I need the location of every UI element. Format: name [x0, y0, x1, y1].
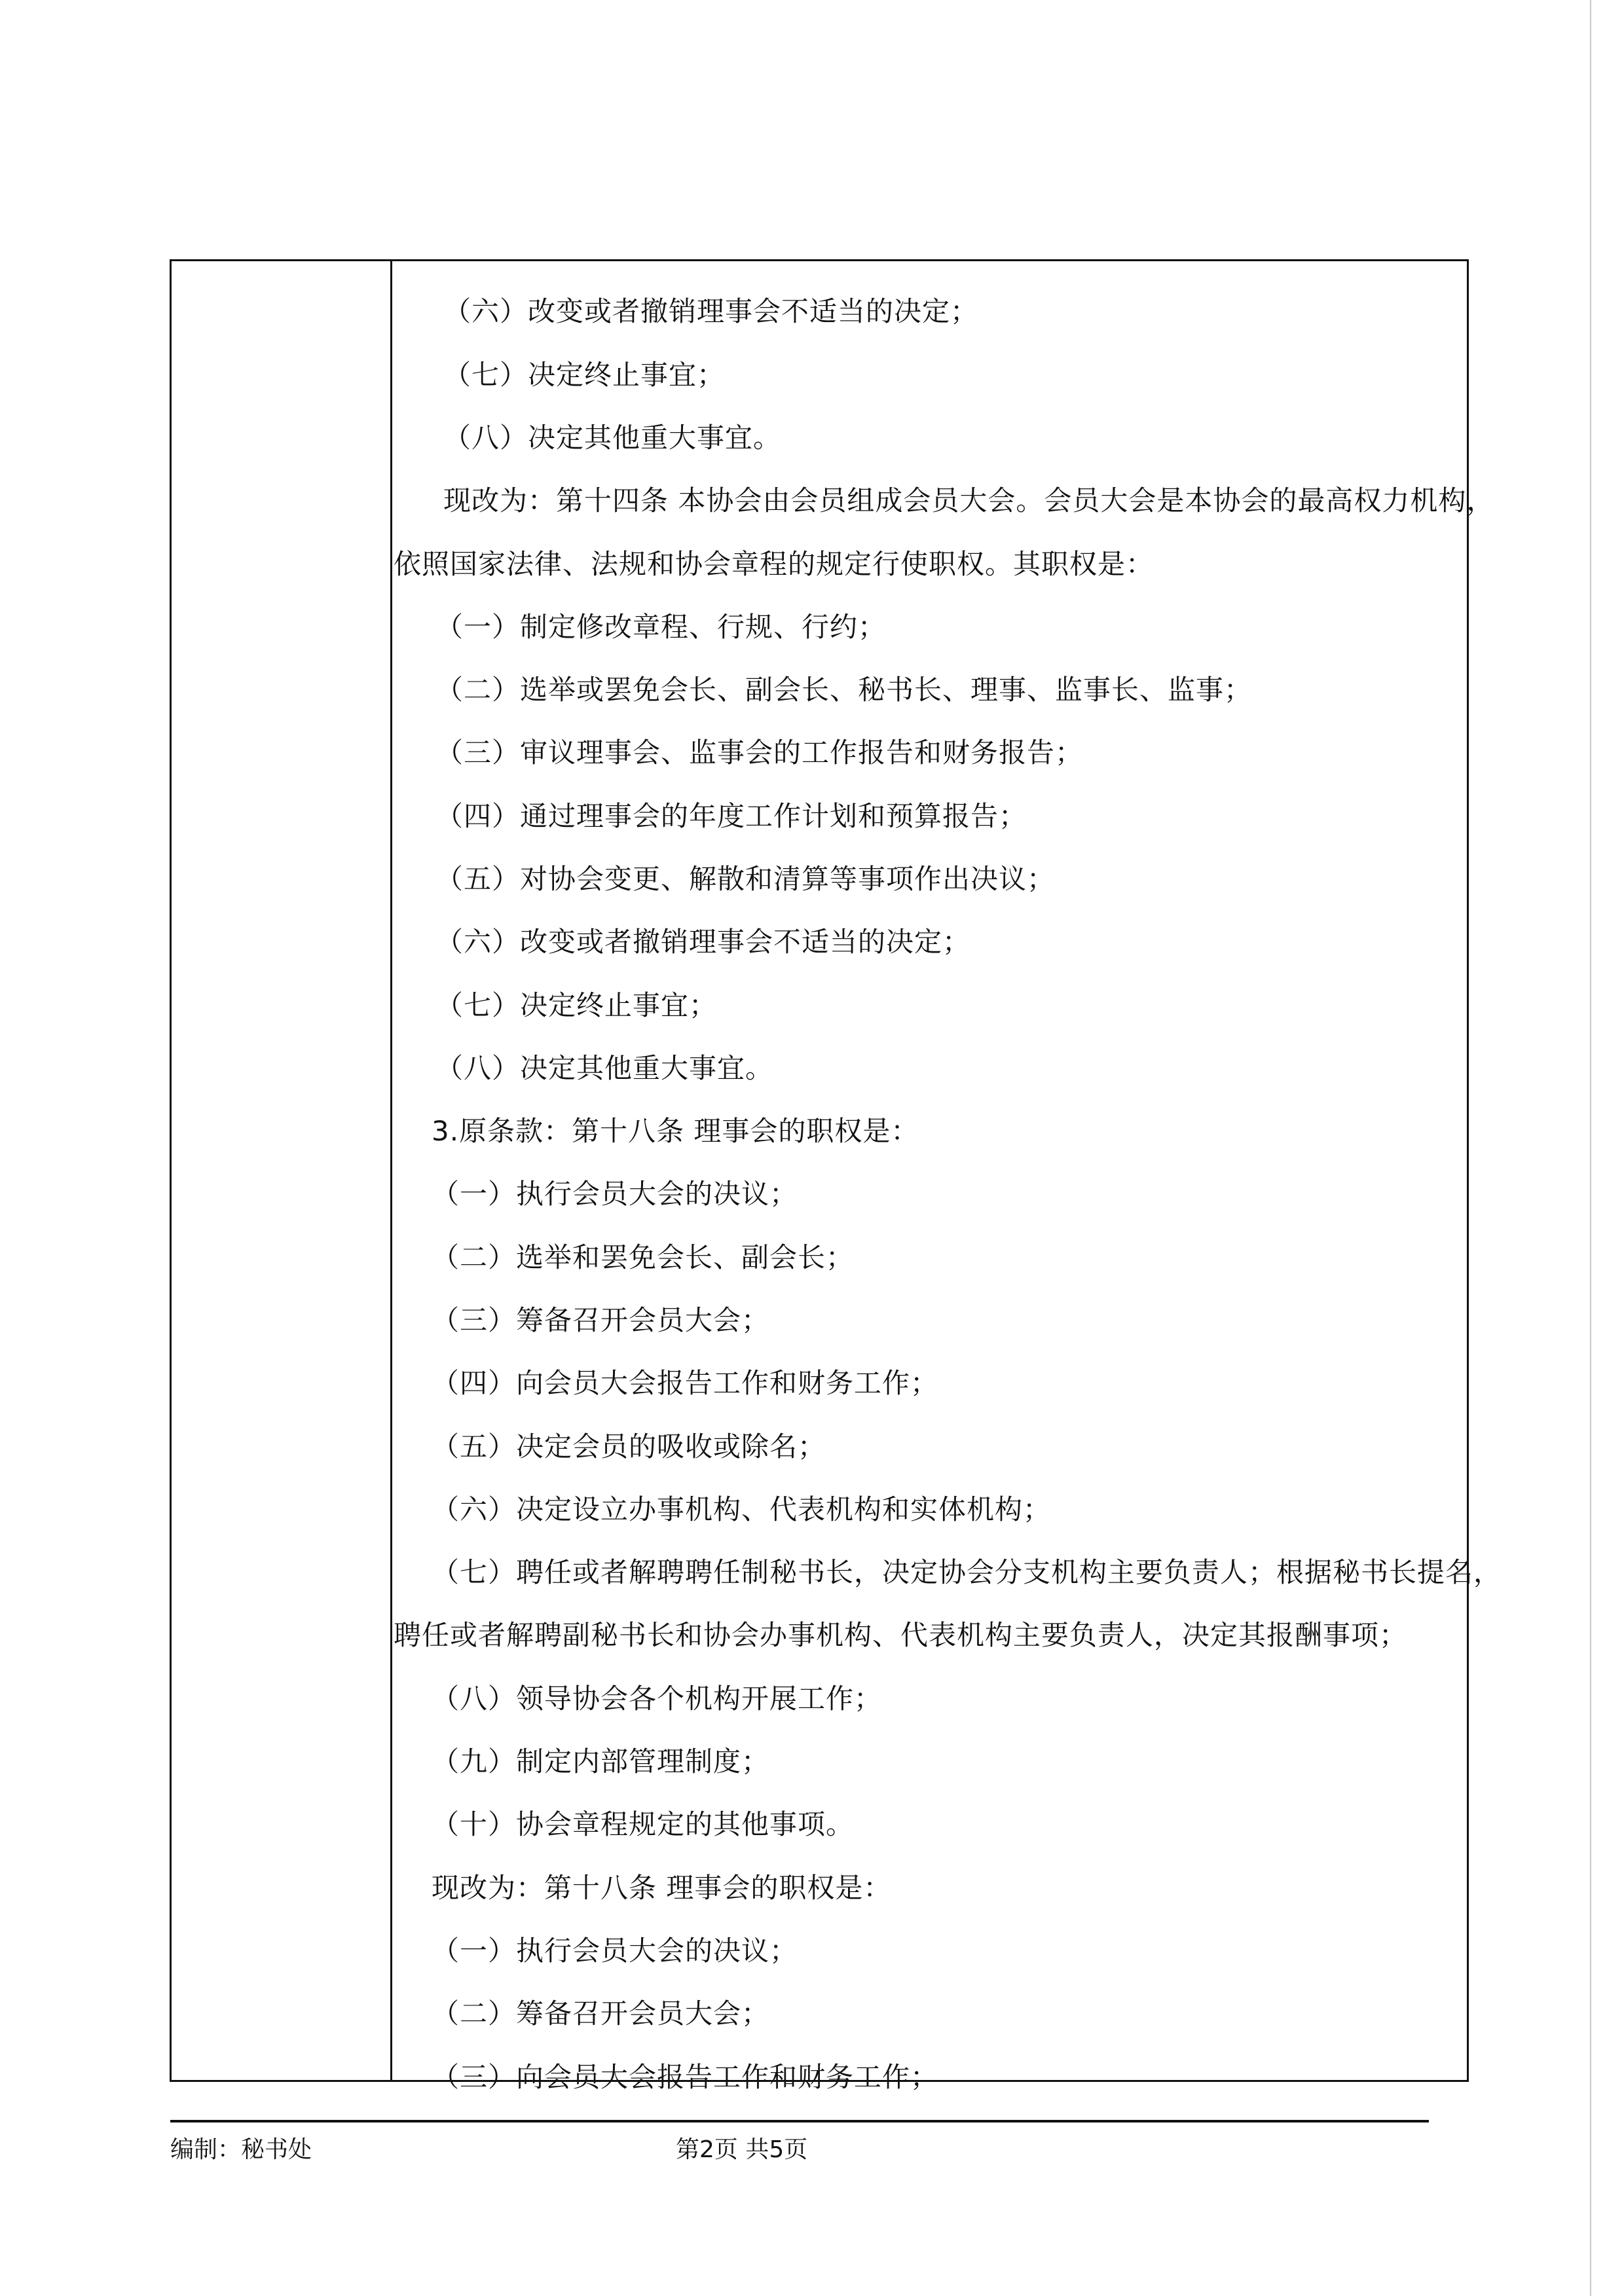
footer-page-number: 第2页 共5页: [676, 2136, 807, 2164]
text-line: （七）决定终止事宜；: [435, 989, 717, 1022]
text-line: （六）改变或者撤销理事会不适当的决定；: [443, 295, 978, 328]
text-line: （三）筹备召开会员大会；: [432, 1304, 769, 1337]
table-left-cell: [172, 261, 390, 2080]
text-line: 现改为：第十八条 理事会的职权是：: [432, 1872, 891, 1904]
text-line: （四）通过理事会的年度工作计划和预算报告；: [435, 800, 1027, 833]
text-line: （二）筹备召开会员大会；: [432, 1997, 769, 2030]
scan-edge-line: [1590, 0, 1591, 2296]
text-line: （五）对协会变更、解散和清算等事项作出决议；: [435, 863, 1055, 896]
text-line: 聘任或者解聘副秘书长和协会办事机构、代表机构主要负责人，决定其报酬事项；: [394, 1619, 1407, 1652]
text-line: （一）执行会员大会的决议；: [432, 1178, 798, 1211]
text-line: （九）制定内部管理制度；: [432, 1745, 769, 1778]
table-content-cell: （六）改变或者撤销理事会不适当的决定；（七）决定终止事宜；（八）决定其他重大事宜…: [392, 261, 1467, 2080]
text-line: （一）执行会员大会的决议；: [432, 1935, 798, 1967]
footer-divider: [170, 2120, 1429, 2123]
text-line: （一）制定修改章程、行规、行约；: [435, 611, 886, 644]
text-line: （七）决定终止事宜；: [443, 359, 725, 392]
text-line: （六）决定设立办事机构、代表机构和实体机构；: [432, 1493, 1051, 1526]
text-line: （八）决定其他重大事宜。: [435, 1052, 773, 1085]
text-line: 现改为：第十四条 本协会由会员组成会员大会。会员大会是本协会的最高权力机构，: [443, 484, 1494, 517]
text-line: （二）选举或罢免会长、副会长、秘书长、理事、监事长、监事；: [435, 674, 1252, 706]
text-line: （八）领导协会各个机构开展工作；: [432, 1683, 882, 1715]
text-line: 依照国家法律、法规和协会章程的规定行使职权。其职权是：: [394, 548, 1154, 581]
text-line: （四）向会员大会报告工作和财务工作；: [432, 1367, 938, 1400]
text-line: （十）协会章程规定的其他事项。: [432, 1808, 854, 1841]
amendment-table: （六）改变或者撤销理事会不适当的决定；（七）决定终止事宜；（八）决定其他重大事宜…: [170, 259, 1469, 2082]
footer-compiled-by: 编制：秘书处: [170, 2136, 312, 2164]
text-line: （二）选举和罢免会长、副会长；: [432, 1241, 854, 1274]
text-line: （七）聘任或者解聘聘任制秘书长，决定协会分支机构主要负责人；根据秘书长提名，: [432, 1556, 1502, 1589]
text-line: （五）决定会员的吸收或除名；: [432, 1430, 826, 1463]
text-line: （六）改变或者撤销理事会不适当的决定；: [435, 926, 970, 958]
text-line: （三）审议理事会、监事会的工作报告和财务报告；: [435, 737, 1083, 769]
text-line: 3.原条款：第十八条 理事会的职权是：: [432, 1115, 919, 1148]
text-line: （八）决定其他重大事宜。: [443, 422, 781, 454]
text-line: （三）向会员大会报告工作和财务工作；: [432, 2061, 938, 2094]
